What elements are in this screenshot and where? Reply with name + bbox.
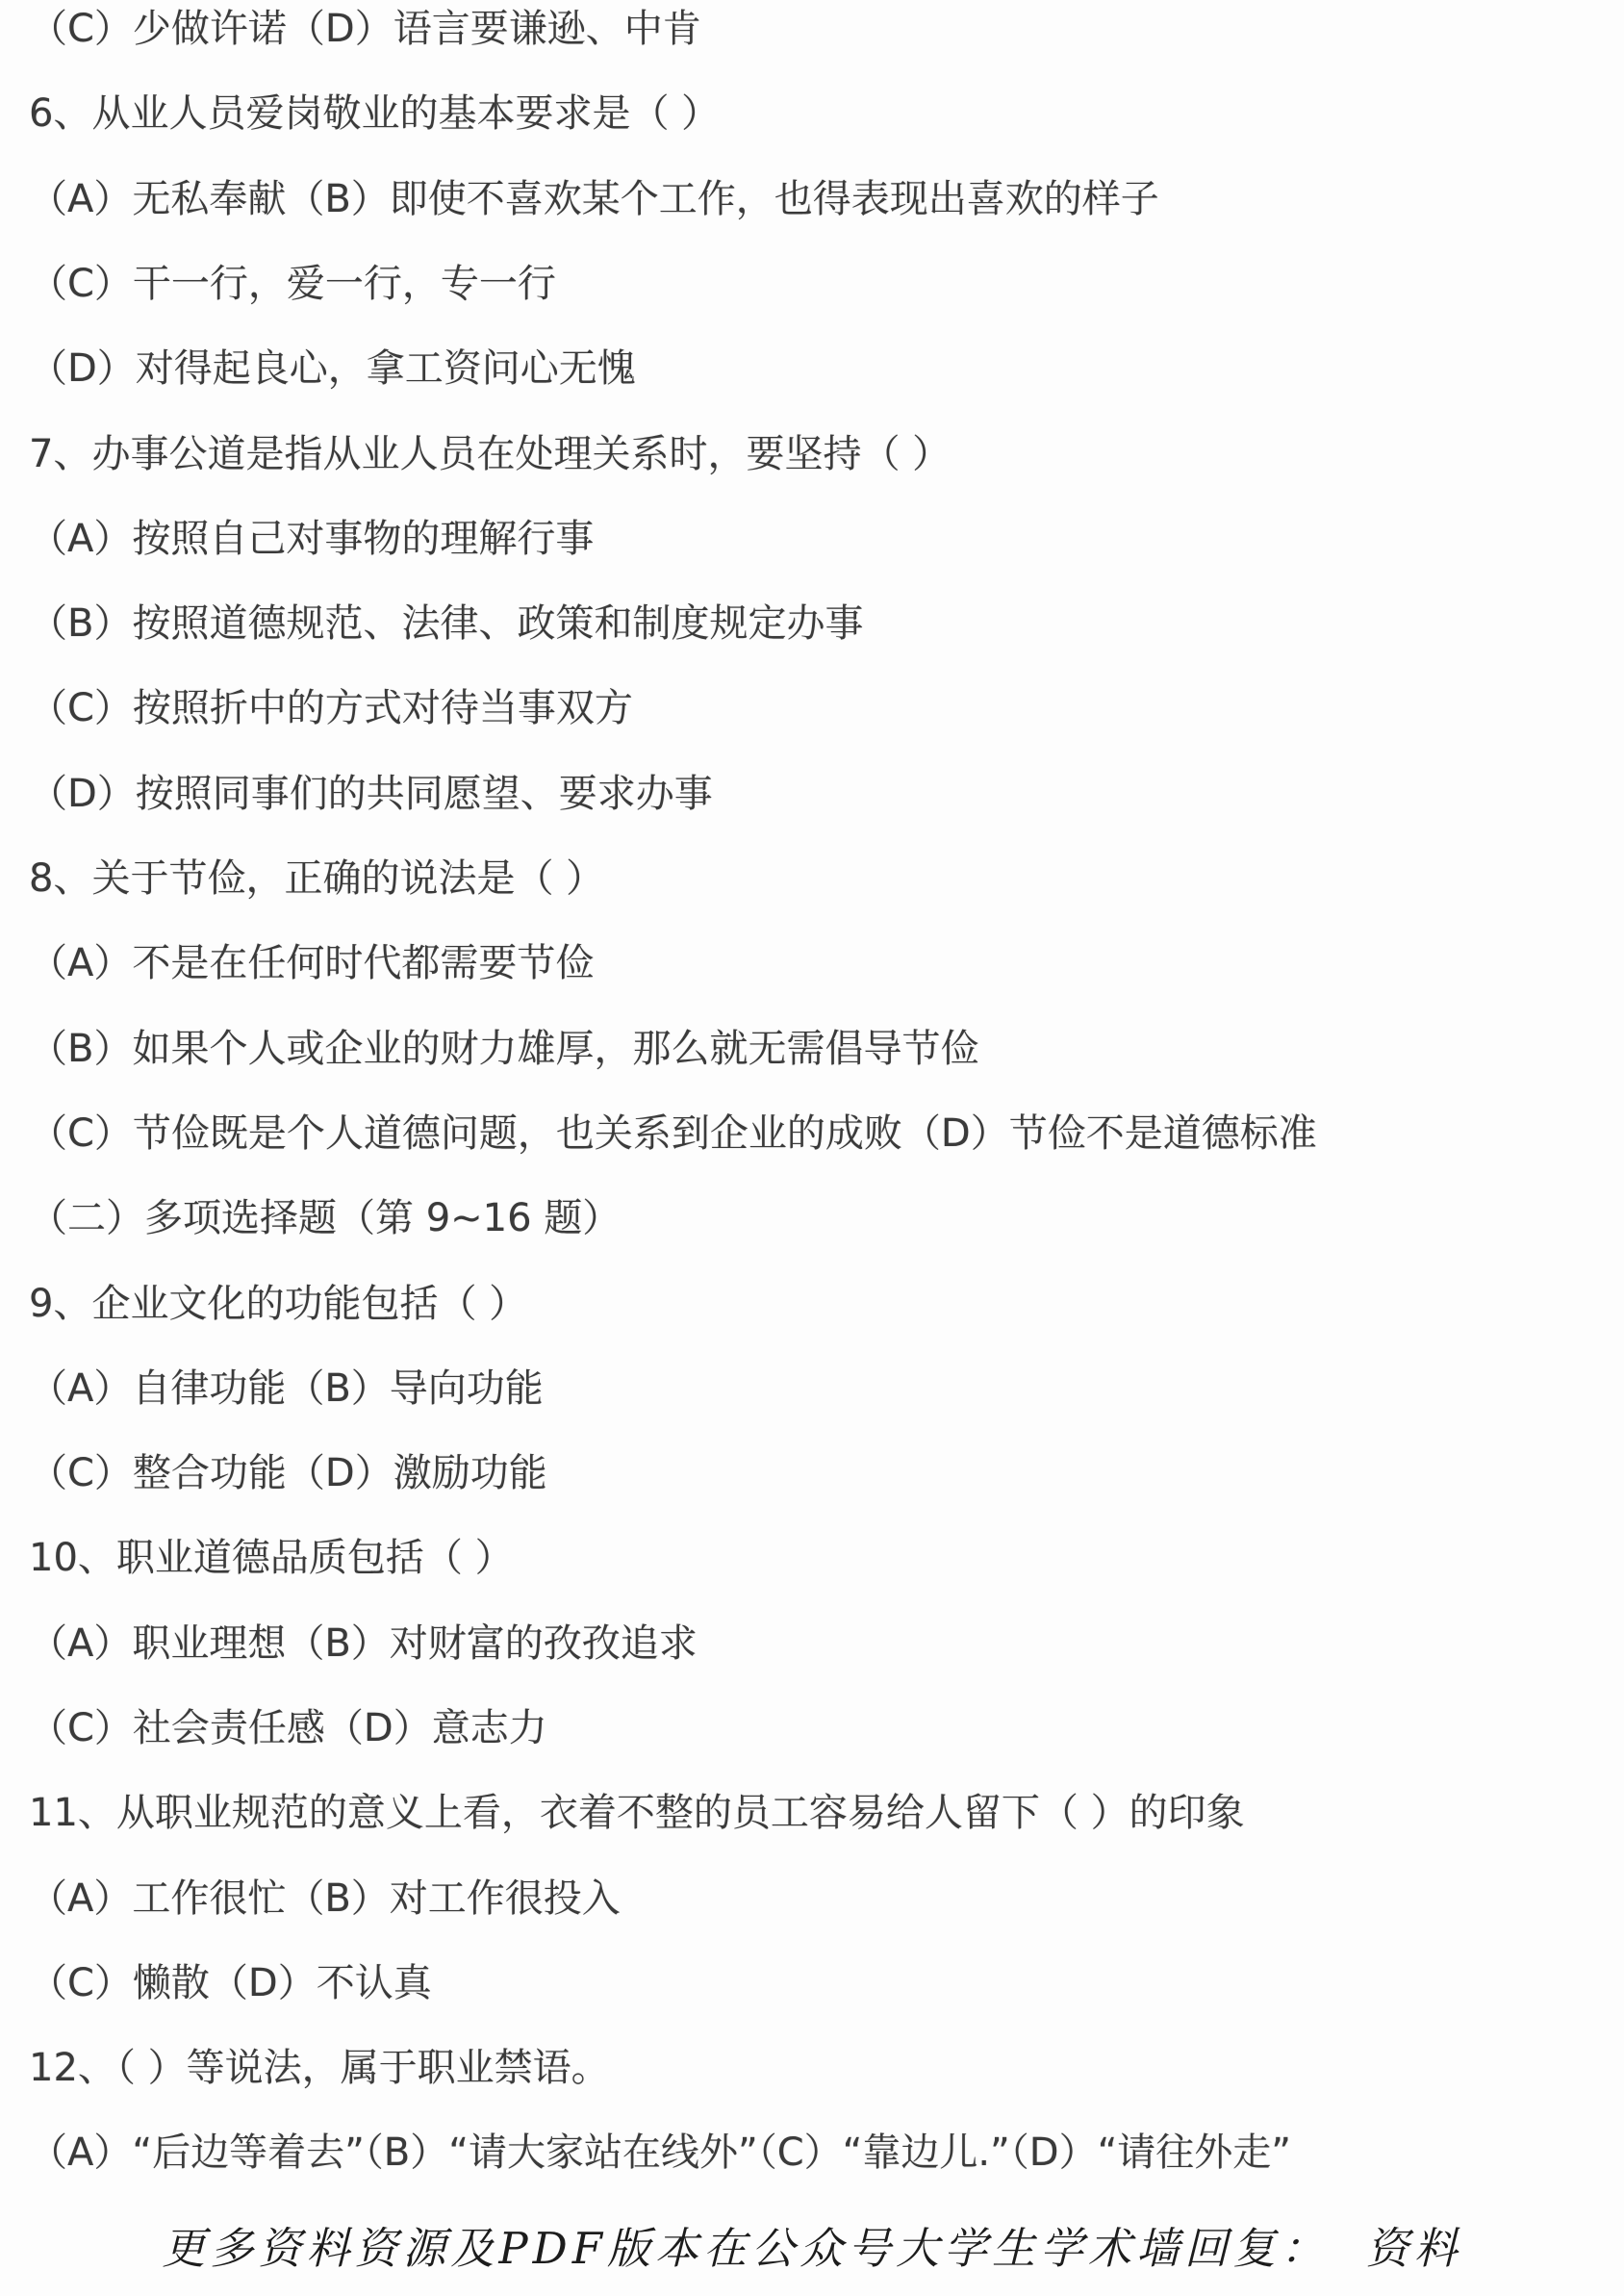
footer-watermark: 更多资料资源及PDF版本在公众号大学生学术墙回复： 资料 bbox=[0, 2223, 1624, 2275]
option-line: （A）无私奉献（B）即使不喜欢某个工作，也得表现出喜欢的样子 bbox=[29, 178, 1159, 220]
option-line: （A）工作很忙（B）对工作很投入 bbox=[29, 1877, 621, 1920]
option-line: （C）按照折中的方式对待当事双方 bbox=[29, 687, 633, 729]
option-line: （A）不是在任何时代都需要节俭 bbox=[29, 942, 594, 984]
option-line: （C）节俭既是个人道德问题，也关系到企业的成败（D）节俭不是道德标准 bbox=[29, 1112, 1317, 1155]
question-line: 11、从职业规范的意义上看，衣着不整的员工容易给人留下（ ）的印象 bbox=[29, 1792, 1245, 1834]
option-line: （A）按照自己对事物的理解行事 bbox=[29, 518, 594, 560]
section-heading: （二）多项选择题（第 9~16 题） bbox=[29, 1197, 621, 1239]
option-line: （B）按照道德规范、法律、政策和制度规定办事 bbox=[29, 602, 863, 645]
option-line: （A）“后边等着去”（B）“请大家站在线外”（C）“靠边儿.”（D）“请往外走” bbox=[29, 2131, 1291, 2174]
exam-document-page: （C）少做许诺（D）语言要谦逊、中肯 6、从业人员爱岗敬业的基本要求是（ ） （… bbox=[0, 0, 1624, 2296]
option-line: （C）干一行，爱一行，专一行 bbox=[29, 263, 556, 305]
option-line: （A）自律功能（B）导向功能 bbox=[29, 1367, 544, 1410]
option-line: （B）如果个人或企业的财力雄厚，那么就无需倡导节俭 bbox=[29, 1028, 978, 1070]
question-line: 7、办事公道是指从业人员在处理关系时，要坚持（ ） bbox=[29, 433, 951, 475]
question-line: 8、关于节俭，正确的说法是（ ） bbox=[29, 857, 604, 900]
option-line: （A）职业理想（B）对财富的孜孜追求 bbox=[29, 1622, 698, 1665]
option-line: （C）整合功能（D）激励功能 bbox=[29, 1452, 547, 1494]
question-line: 10、职业道德品质包括（ ） bbox=[29, 1537, 514, 1579]
option-line: （C）少做许诺（D）语言要谦逊、中肯 bbox=[29, 8, 701, 50]
option-line: （D）按照同事们的共同愿望、要求办事 bbox=[29, 773, 713, 815]
question-line: 6、从业人员爱岗敬业的基本要求是（ ） bbox=[29, 92, 720, 135]
option-line: （C）社会责任感（D）意志力 bbox=[29, 1707, 547, 1749]
option-line: （C）懒散（D）不认真 bbox=[29, 1962, 432, 2004]
question-line: 9、企业文化的功能包括（ ） bbox=[29, 1283, 527, 1325]
option-line: （D）对得起良心，拿工资问心无愧 bbox=[29, 347, 636, 390]
question-line: 12、（ ）等说法，属于职业禁语。 bbox=[29, 2047, 610, 2089]
